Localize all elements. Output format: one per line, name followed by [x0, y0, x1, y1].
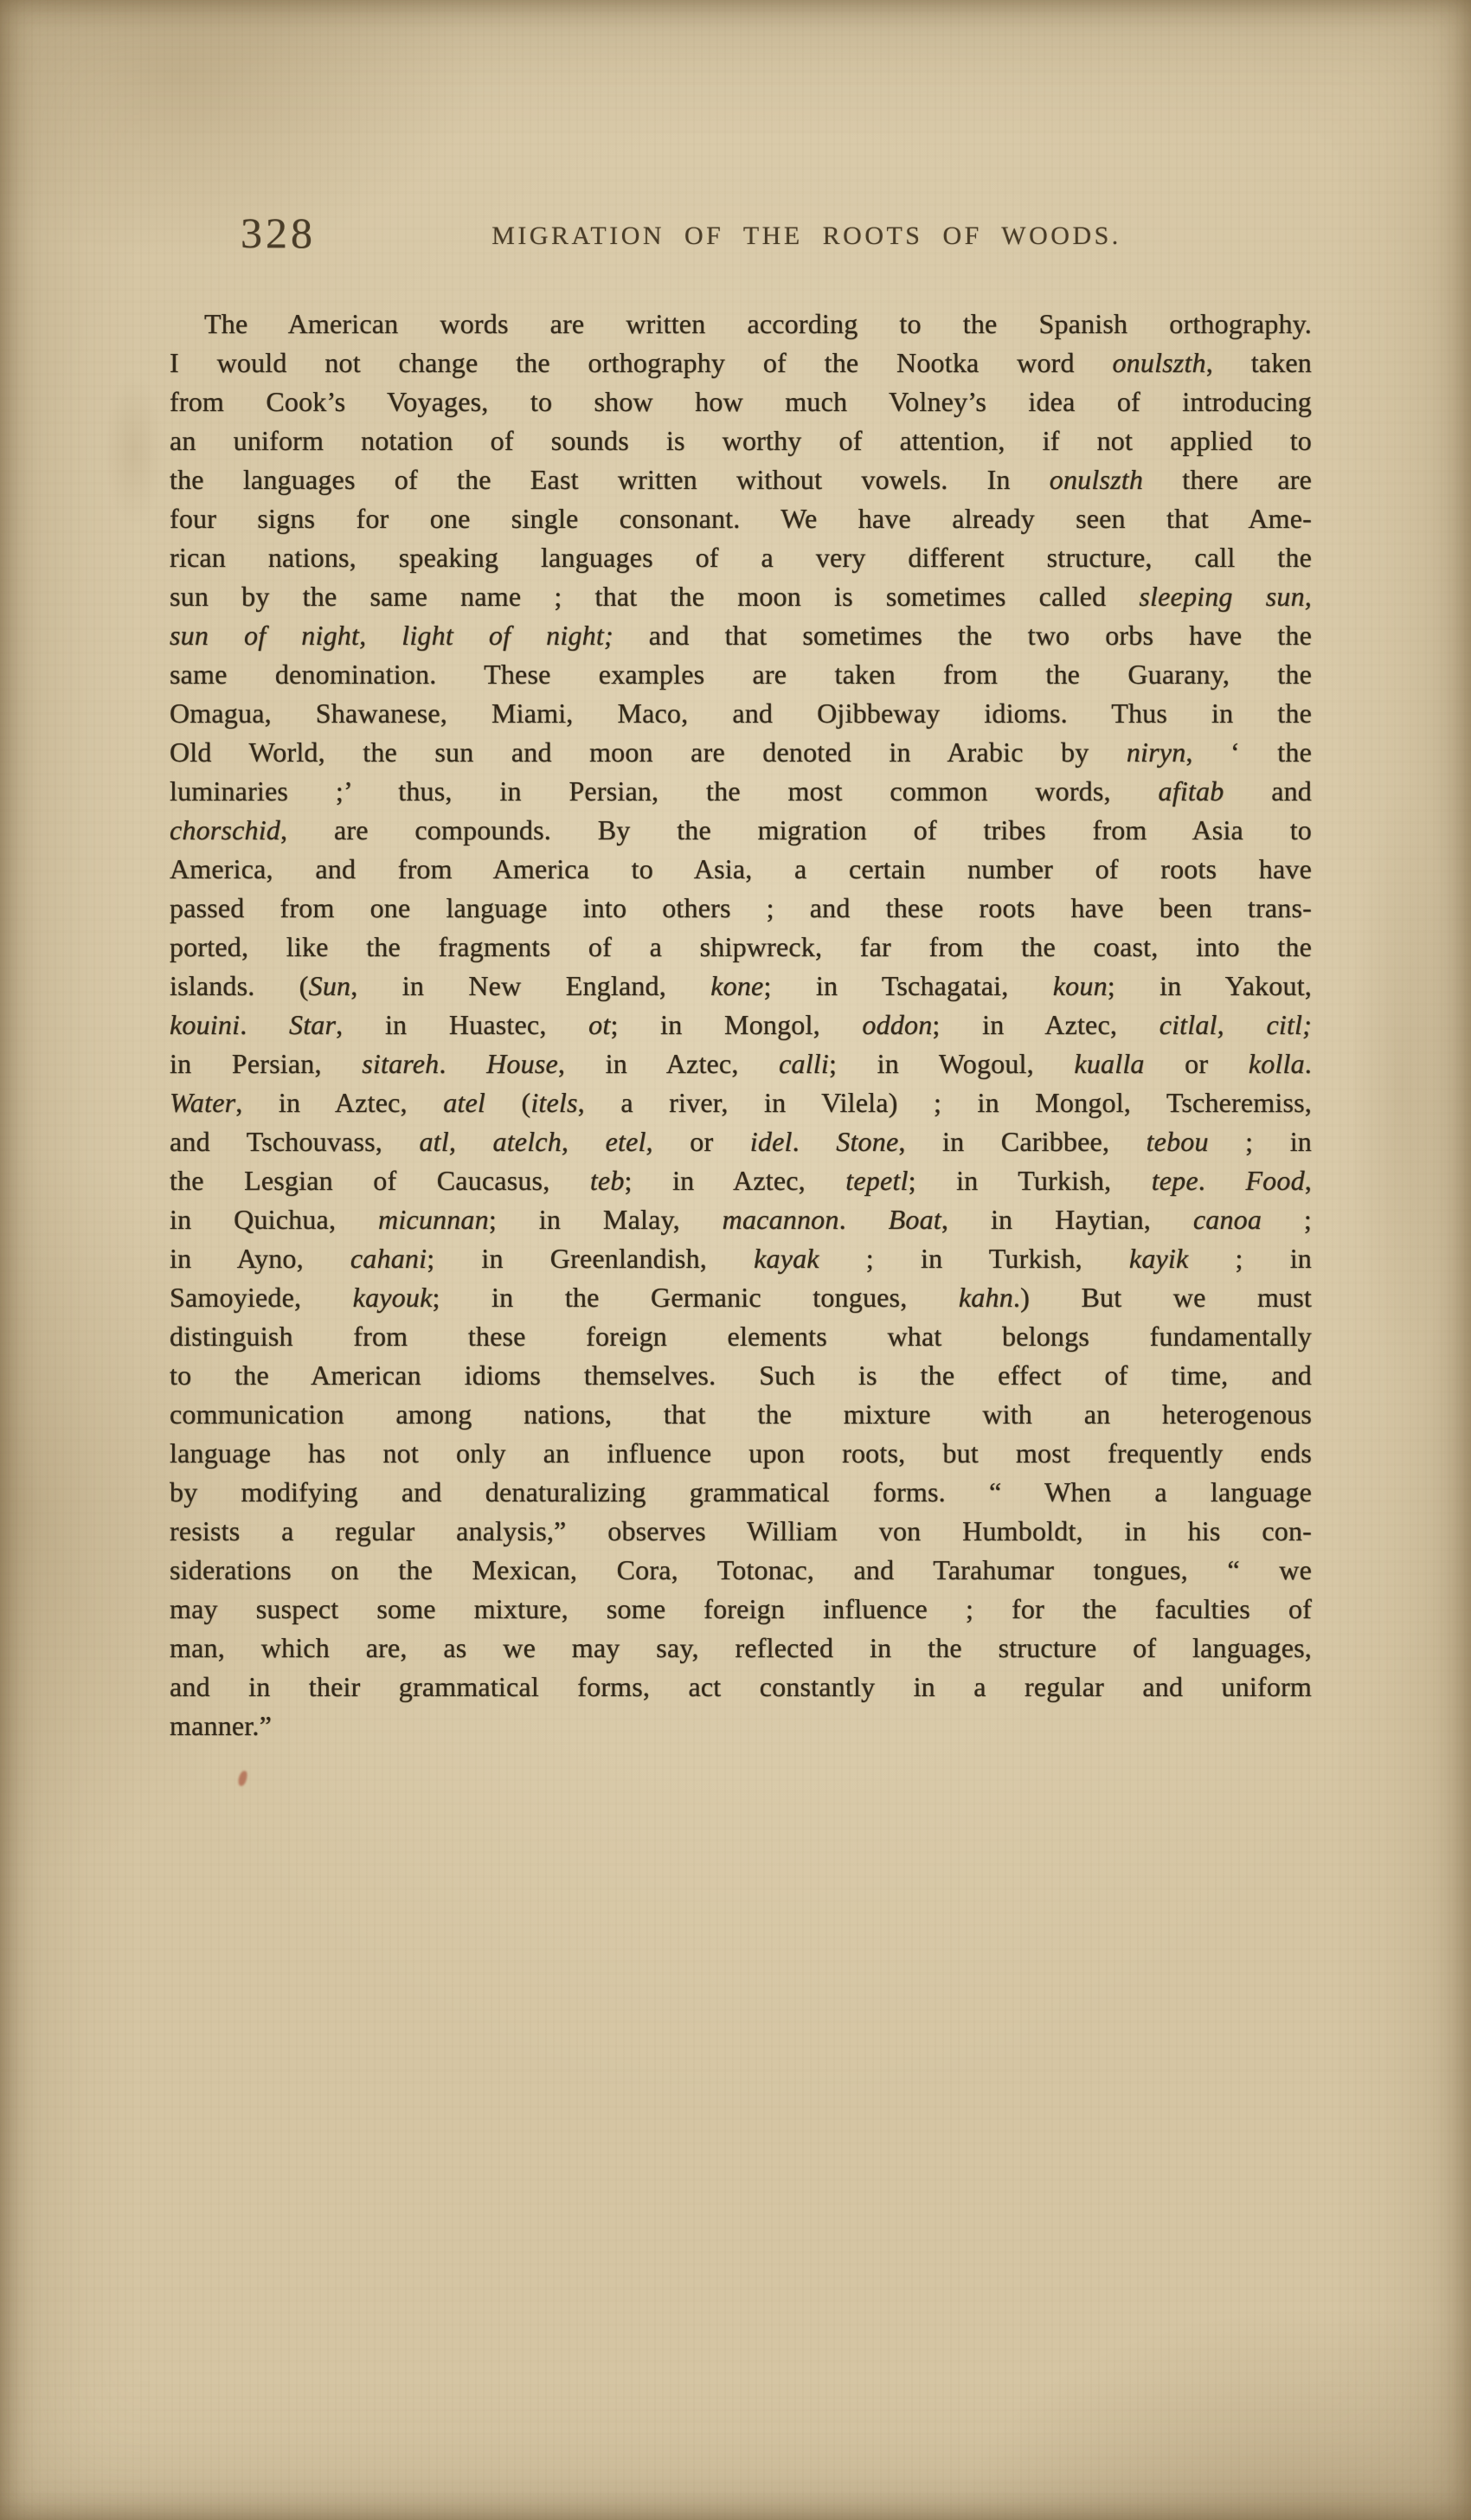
italic-term: kolla [1249, 1048, 1305, 1079]
text-run: , in New England, [350, 970, 710, 1001]
text-run: siderations on the Mexican, Cora, Totona… [170, 1554, 1312, 1585]
italic-term: Stone [836, 1126, 898, 1157]
text-run: . [240, 1009, 289, 1040]
text-run: . [1305, 1048, 1312, 1079]
text-run: passed from one language into others ; a… [170, 892, 1312, 923]
text-line: resists a regular analysis,” observes Wi… [170, 1512, 1312, 1551]
text-run: or [1145, 1048, 1249, 1079]
italic-term: Star [289, 1009, 336, 1040]
text-run: , a river, in Vilela) ; in Mongol, Tsche… [578, 1087, 1312, 1118]
text-run: ; in Turkish, [909, 1165, 1152, 1196]
text-line: siderations on the Mexican, Cora, Totona… [170, 1551, 1312, 1590]
text-line: islands. (Sun, in New England, kone; in … [170, 967, 1312, 1006]
text-line: language has not only an influence upon … [170, 1434, 1312, 1473]
text-line: Water, in Aztec, atel (itels, a river, i… [170, 1083, 1312, 1122]
italic-term: kayik [1129, 1243, 1189, 1274]
italic-term: kone [710, 970, 763, 1001]
book-page: 328 MIGRATION OF THE ROOTS OF WOODS. The… [0, 0, 1471, 2520]
text-run: in Quichua, [170, 1204, 378, 1235]
text-run: and in their grammatical forms, act cons… [170, 1671, 1312, 1702]
text-run: .) But we must [1013, 1282, 1312, 1313]
text-line: and in their grammatical forms, act cons… [170, 1668, 1312, 1707]
text-line: four signs for one single consonant. We … [170, 499, 1312, 538]
text-run: ; in Turkish, [819, 1243, 1129, 1274]
italic-term: calli [779, 1048, 829, 1079]
text-line: an uniform notation of sounds is worthy … [170, 421, 1312, 460]
text-run: , in Huastec, [336, 1009, 588, 1040]
text-line: may suspect some mixture, some foreign i… [170, 1590, 1312, 1629]
text-run: . [839, 1204, 889, 1235]
text-line: rican nations, speaking languages of a v… [170, 538, 1312, 577]
italic-term: sleeping sun, [1139, 581, 1312, 612]
text-run: , in Caribbee, [898, 1126, 1146, 1157]
italic-term: Sun [309, 970, 351, 1001]
ink-stain [237, 1770, 248, 1786]
text-run: , in Haytian, [941, 1204, 1193, 1235]
italic-term: kouini [170, 1009, 240, 1040]
text-line: America, and from America to Asia, a cer… [170, 850, 1312, 889]
text-line: sun of night, light of night; and that s… [170, 616, 1312, 655]
text-run: . [793, 1126, 837, 1157]
text-run: there are [1143, 464, 1312, 495]
text-line: in Ayno, cahani; in Greenlandish, kayak … [170, 1239, 1312, 1278]
text-run: ; in Greenlandish, [427, 1243, 754, 1274]
text-run: ; in Malay, [489, 1204, 723, 1235]
text-run: I would not change the orthography of th… [170, 347, 1112, 378]
text-line: manner.” [170, 1707, 1312, 1745]
running-head: MIGRATION OF THE ROOTS OF WOODS. [491, 222, 1121, 251]
text-run: luminaries ;’ thus, in Persian, the most… [170, 775, 1159, 807]
text-run: Samoyiede, [170, 1282, 353, 1313]
text-run: in Ayno, [170, 1243, 350, 1274]
italic-term: kayak [754, 1243, 819, 1274]
text-line: from Cook’s Voyages, to show how much Vo… [170, 382, 1312, 421]
text-run: ( [485, 1087, 530, 1118]
text-run: the Lesgian of Caucasus, [170, 1165, 590, 1196]
text-line: ported, like the fragments of a shipwrec… [170, 928, 1312, 967]
text-line: Old World, the sun and moon are denoted … [170, 733, 1312, 772]
text-run: . [1198, 1165, 1246, 1196]
text-line: the languages of the East written withou… [170, 460, 1312, 499]
text-run: Omagua, Shawanese, Miami, Maco, and Ojib… [170, 697, 1312, 729]
italic-term: citlal, citl; [1159, 1009, 1312, 1040]
italic-term: kahn [959, 1282, 1013, 1313]
text-run: from Cook’s Voyages, to show how much Vo… [170, 386, 1312, 417]
text-run: , in Aztec, [558, 1048, 779, 1079]
text-line: kouini. Star, in Huastec, ot; in Mongol,… [170, 1006, 1312, 1045]
italic-term: oddon [862, 1009, 932, 1040]
italic-term: ot [588, 1009, 610, 1040]
text-run: The American words are written according… [204, 308, 1312, 339]
italic-term: kualla [1074, 1048, 1144, 1079]
text-line: Omagua, Shawanese, Miami, Maco, and Ojib… [170, 694, 1312, 733]
italic-term: niryn [1127, 736, 1186, 768]
text-line: by modifying and denaturalizing grammati… [170, 1473, 1312, 1512]
text-run: ; in [1188, 1243, 1312, 1274]
text-line: luminaries ;’ thus, in Persian, the most… [170, 772, 1312, 811]
italic-term: kayouk [353, 1282, 433, 1313]
text-run: ; in Mongol, [610, 1009, 862, 1040]
text-run: ; [1262, 1204, 1312, 1235]
italic-term: tepetl [845, 1165, 908, 1196]
text-line: to the American idioms themselves. Such … [170, 1356, 1312, 1395]
text-run: language has not only an influence upon … [170, 1437, 1312, 1469]
text-run: , ‘ the [1185, 736, 1312, 768]
paper-blotch [104, 372, 164, 528]
text-run: America, and from America to Asia, a cer… [170, 853, 1312, 884]
text-line: same denomination. These examples are ta… [170, 655, 1312, 694]
text-run: ; in Wogoul, [829, 1048, 1074, 1079]
text-run: ; in Tschagatai, [763, 970, 1052, 1001]
text-run: to the American idioms themselves. Such … [170, 1360, 1312, 1391]
text-line: Samoyiede, kayouk; in the Germanic tongu… [170, 1278, 1312, 1317]
italic-term: itels [530, 1087, 577, 1118]
text-run: , taken [1206, 347, 1312, 378]
italic-term: onulszth [1112, 347, 1205, 378]
text-run: and Tschouvass, [170, 1126, 419, 1157]
text-run: the languages of the East written withou… [170, 464, 1050, 495]
italic-term: onulszth [1050, 464, 1143, 495]
italic-term: chorschid [170, 814, 280, 845]
text-run: ; in Aztec, [932, 1009, 1159, 1040]
italic-term: tepe [1152, 1165, 1198, 1196]
text-run: , in Aztec, [235, 1087, 443, 1118]
italic-term: idel [750, 1126, 793, 1157]
italic-term: Water [170, 1087, 235, 1118]
text-line: chorschid, are compounds. By the migrati… [170, 811, 1312, 850]
text-line: communication among nations, that the mi… [170, 1395, 1312, 1434]
paper-blotch [1350, 779, 1454, 1385]
page-number: 328 [241, 208, 316, 258]
text-run: may suspect some mixture, some foreign i… [170, 1593, 1312, 1624]
text-run: four signs for one single consonant. We … [170, 503, 1312, 534]
text-line: and Tschouvass, atl, atelch, etel, or id… [170, 1122, 1312, 1161]
text-run: same denomination. These examples are ta… [170, 659, 1312, 690]
text-run: or [653, 1126, 750, 1157]
text-run: sun by the same name ; that the moon is … [170, 581, 1139, 612]
text-line: in Persian, sitareh. House, in Aztec, ca… [170, 1045, 1312, 1083]
italic-term: Food [1245, 1165, 1304, 1196]
text-line: distinguish from these foreign elements … [170, 1317, 1312, 1356]
text-run: an uniform notation of sounds is worthy … [170, 425, 1312, 456]
text-line: The American words are written according… [170, 305, 1312, 344]
text-run: ported, like the fragments of a shipwrec… [170, 931, 1312, 962]
text-run: manner.” [170, 1710, 272, 1741]
text-run: in Persian, [170, 1048, 362, 1079]
text-run: islands. ( [170, 970, 309, 1001]
text-run: . [439, 1048, 486, 1079]
text-run: and that sometimes the two orbs have the [613, 620, 1312, 651]
text-run: , are compounds. By the migration of tri… [280, 814, 1312, 845]
italic-term: teb [590, 1165, 625, 1196]
italic-term: House [486, 1048, 558, 1079]
body-paragraph: The American words are written according… [170, 305, 1312, 1745]
text-run: ; in [1209, 1126, 1312, 1157]
text-line: man, which are, as we may say, reflected… [170, 1629, 1312, 1668]
text-line: the Lesgian of Caucasus, teb; in Aztec, … [170, 1161, 1312, 1200]
text-line: sun by the same name ; that the moon is … [170, 577, 1312, 616]
italic-term: atel [443, 1087, 485, 1118]
text-run: , [1305, 1165, 1312, 1196]
text-line: passed from one language into others ; a… [170, 889, 1312, 928]
text-run: distinguish from these foreign elements … [170, 1321, 1312, 1352]
italic-term: sun of night, light of night; [170, 620, 613, 651]
italic-term: micunnan [378, 1204, 489, 1235]
text-run: Old World, the sun and moon are denoted … [170, 736, 1127, 768]
text-run: man, which are, as we may say, reflected… [170, 1632, 1312, 1663]
italic-term: tebou [1147, 1126, 1209, 1157]
text-run: communication among nations, that the mi… [170, 1398, 1312, 1430]
italic-term: koun [1053, 970, 1108, 1001]
italic-term: sitareh [362, 1048, 439, 1079]
italic-term: macannon [723, 1204, 839, 1235]
text-run: ; in Yakout, [1108, 970, 1312, 1001]
text-run: and [1224, 775, 1312, 807]
italic-term: cahani [350, 1243, 427, 1274]
text-run: rican nations, speaking languages of a v… [170, 542, 1312, 573]
text-line: in Quichua, micunnan; in Malay, macannon… [170, 1200, 1312, 1239]
italic-term: Boat [889, 1204, 941, 1235]
italic-term: afitab [1159, 775, 1224, 807]
text-line: I would not change the orthography of th… [170, 344, 1312, 382]
text-run: resists a regular analysis,” observes Wi… [170, 1515, 1312, 1546]
text-run: ; in the Germanic tongues, [432, 1282, 958, 1313]
text-run: by modifying and denaturalizing grammati… [170, 1476, 1312, 1507]
italic-term: canoa [1193, 1204, 1262, 1235]
text-run: ; in Aztec, [625, 1165, 846, 1196]
italic-term: atl, atelch, etel, [419, 1126, 652, 1157]
